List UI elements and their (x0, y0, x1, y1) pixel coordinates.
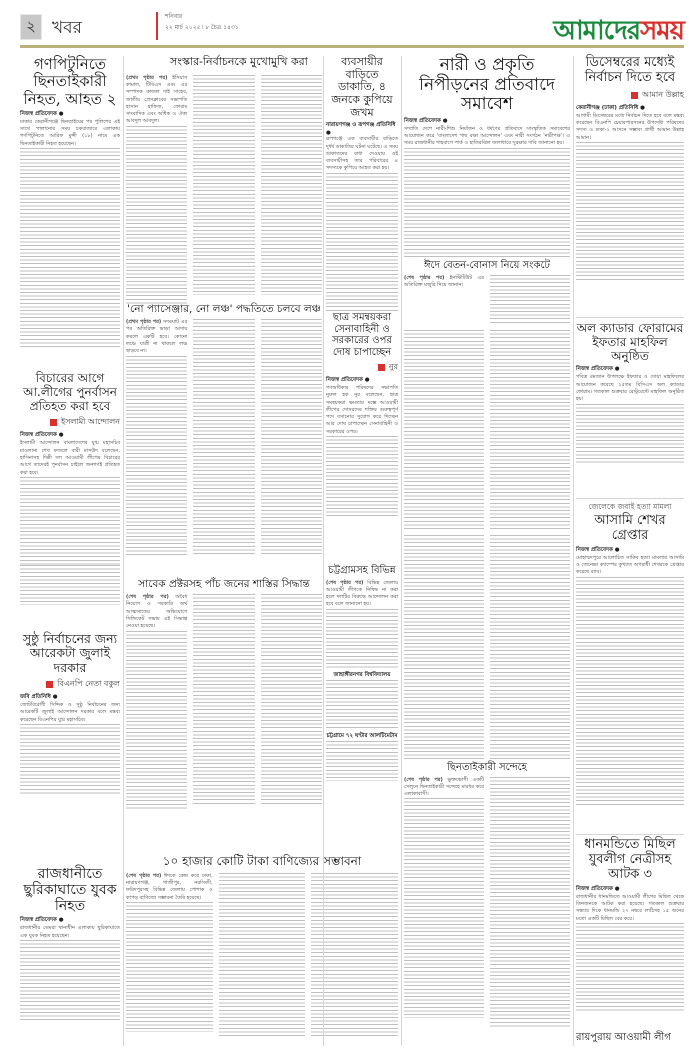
article-dhanmondi[interactable]: ধানমন্ডিতে মিছিল যুবলীগ নেত্রীসহ আটক ৩ ন… (576, 838, 684, 1028)
headline: নারী ও প্রকৃতি নিপীড়নের প্রতিবাদে সমাবে… (404, 56, 570, 115)
article-lead: রূপগঞ্জে এক ব্যবসায়ীর বাড়িতে দুর্ধর্ষ … (326, 136, 398, 172)
dateline: (শেষ পৃষ্ঠার পর) (126, 873, 161, 879)
headline: 'নো প্যাসেঞ্জার, নো লঞ্চ' পদ্ধতিতে চলবে … (126, 303, 322, 315)
article-lead: পবিত্র রমজান উপলক্ষে ইফতার ও দোয়া মাহফি… (576, 374, 684, 403)
headline: সংস্কার-নির্বাচনকে মুখোমুখি করা (126, 56, 322, 69)
article-bicharer-continued (20, 565, 120, 605)
headline: সুষ্ঠু নির্বাচনের জন্য আরেকটা জুলাই দরকা… (20, 632, 120, 675)
column-rule (123, 56, 124, 1046)
section-title: খবর (52, 15, 82, 43)
article-rajdhani[interactable]: রাজধানীতে ছুরিকাঘাতে যুবক নিহত নিজস্ব প্… (20, 866, 120, 1046)
headline: ১০ হাজার কোটি টাকা বাণিজ্যের সম্ভাবনা (126, 855, 398, 869)
red-square-icon (631, 92, 638, 99)
byline: ইসলামী আন্দোলন (20, 416, 120, 429)
byline: বিএনপি নেতা বকুল (20, 678, 120, 691)
byline: আমান উল্লাহ (576, 89, 684, 102)
dateline: (শেষ পৃষ্ঠার পর) (404, 275, 444, 281)
column-rule (573, 56, 574, 1046)
logo-part-2: সময় (640, 16, 684, 46)
article-nari[interactable]: নারী ও প্রকৃতি নিপীড়নের প্রতিবাদে সমাবে… (404, 56, 570, 256)
article-lead: ইসিয়াস কামাল, টিবিএস এবং এর সম্পাদক কাজ… (126, 75, 187, 125)
article-lead: রাজধানীর ডেমরা থানাধীন এলাকায় ছুরিকাঘাত… (20, 925, 120, 940)
article-all-cadre[interactable]: অল ক্যাডার ফোরামের ইফতার মাহফিল অনুষ্ঠিত… (576, 322, 684, 482)
article-rayerpura[interactable]: রায়পুরায় আওয়ামী লীগ (576, 1032, 684, 1048)
article-lead: জোটবিরোধী সিদ্দিক ও সুষ্ঠু নির্বাচনের জন… (20, 702, 120, 724)
column-rule (323, 56, 324, 1046)
byline: নুর (326, 361, 398, 374)
article-chhatro[interactable]: ছাত্র সমন্বয়করা সেনাবাহিনী ও সরকারের ওপ… (326, 312, 398, 552)
article-bicharer-age[interactable]: বিচারের আগে আ.লীগের পুনর্বাসন প্রতিহত কর… (20, 372, 120, 562)
article-asami-shekhor[interactable]: জেলেকে জবাই হত্যা মামলা আসামি শেখর গ্রেপ… (576, 502, 684, 832)
day-label: শনিবার (165, 12, 239, 22)
dateline: (শেষ পৃষ্ঠার পর) (126, 594, 169, 600)
article-songskar[interactable]: সংস্কার-নির্বাচনকে মুখোমুখি করা (প্রথম প… (126, 56, 322, 300)
article-sushtho[interactable]: সুষ্ঠু নির্বাচনের জন্য আরেকটা জুলাই দরকা… (20, 632, 120, 822)
article-baboshayi[interactable]: ব্যবসায়ীর বাড়িতে ডাকাতি, ৪ জনকে কুপিয়… (326, 56, 398, 296)
column-rule (401, 56, 402, 1046)
subhead: জাহাঙ্গীরনগর বিশ্ববিদ্যালয় (326, 672, 398, 680)
article-december[interactable]: ডিসেম্বরের মধ্যেই নির্বাচন দিতে হবে আমান… (576, 56, 684, 311)
headline: ঈদে বেতন-বোনাস নিয়ে সংকটে (404, 260, 570, 272)
dateline: (শেষ পৃষ্ঠার পর) (326, 580, 363, 586)
headline: ব্যবসায়ীর বাড়িতে ডাকাতি, ৪ জনকে কুপিয়… (326, 56, 398, 119)
article-eide-beton-continued (404, 330, 570, 530)
dateline: (শেষ পৃষ্ঠার পর) (404, 777, 443, 783)
row-rule (576, 834, 684, 835)
headline: ছাত্র সমন্বয়করা সেনাবাহিনী ও সরকারের ওপ… (326, 312, 398, 358)
headline: রায়পুরায় আওয়ামী লীগ (576, 1032, 684, 1044)
dateline: জবি প্রতিনিধি ● (20, 694, 120, 702)
dateline: নিজস্ব প্রতিবেদক ● (20, 111, 120, 119)
article-lead: রাজধানীর ধানমন্ডিতে আওয়ামী লীগের মিছিল … (576, 894, 684, 923)
article-middle-body (404, 535, 570, 760)
headline: রাজধানীতে ছুরিকাঘাতে যুবক নিহত (20, 866, 120, 914)
dateline: কেরানীগঞ্জ (ঢাকা) প্রতিনিধি ● (576, 105, 684, 113)
article-lead: ইসলামী আন্দোলন বাংলাদেশের যুগ্ম মহাসচিব … (20, 440, 120, 476)
red-square-icon (46, 681, 53, 688)
row-rule (576, 498, 684, 499)
masthead: ২ খবর শনিবার ২২ মার্চ ২০২৫ ৷ ৮ চৈত্র ১৪৩… (20, 8, 684, 44)
headline: বিচারের আগে আ.লীগের পুনর্বাসন প্রতিহত কর… (20, 372, 120, 413)
headline: ডিসেম্বরের মধ্যেই নির্বাচন দিতে হবে (576, 56, 684, 86)
logo-part-1: আমাদের (553, 16, 640, 46)
dateline: নিজস্ব প্রতিবেদক ● (404, 118, 570, 126)
date-block: শনিবার ২২ মার্চ ২০২৫ ৷ ৮ চৈত্র ১৪৩১ (156, 12, 239, 40)
headline: ধানমন্ডিতে মিছিল যুবলীগ নেত্রীসহ আটক ৩ (576, 838, 684, 883)
article-eide-beton[interactable]: ঈদে বেতন-বোনাস নিয়ে সংকটে (শেষ পৃষ্ঠার … (404, 260, 570, 330)
dateline: নিজস্ব প্রতিবেদক ● (326, 377, 398, 385)
dateline: নারায়ণগঞ্জ ও রূপগঞ্জ প্রতিনিধি ● (326, 122, 398, 136)
subhead: চট্টগ্রামে ৭২ ঘণ্টার আলটিমেটাম (326, 733, 398, 741)
article-chhintaikari-sondehe[interactable]: ছিনতাইকারী সন্দেহে (শেষ পৃষ্ঠার পর) ভুক্… (404, 762, 570, 1032)
article-lead: সম্প্রতি দেশে নারী-শিশু নির্যাতন ও ধর্ষণ… (404, 126, 570, 148)
dateline: নিজস্ব প্রতিবেদক ● (576, 547, 684, 555)
headline: ছিনতাইকারী সন্দেহে (404, 762, 570, 774)
article-no-passenger[interactable]: 'নো প্যাসেঞ্জার, নো লঞ্চ' পদ্ধতিতে চলবে … (126, 303, 322, 563)
headline: গণপিটুনিতে ছিনতাইকারী নিহত, আহত ২ (20, 56, 120, 108)
red-square-icon (50, 419, 57, 426)
article-doshhajar[interactable]: ১০ হাজার কোটি টাকা বাণিজ্যের সম্ভাবনা (শ… (126, 855, 398, 1045)
date-label: ২২ মার্চ ২০২৫ ৷ ৮ চৈত্র ১৪৩১ (165, 22, 239, 33)
page-number-badge: ২ (20, 14, 42, 40)
header-rule (20, 45, 684, 48)
article-gonopitunite[interactable]: গণপিটুনিতে ছিনতাইকারী নিহত, আহত ২ নিজস্ব… (20, 56, 120, 356)
dateline: (প্রথম পৃষ্ঠার পর) (126, 319, 161, 325)
headline: অল ক্যাডার ফোরামের ইফতার মাহফিল অনুষ্ঠিত (576, 322, 684, 363)
dateline: নিজস্ব প্রতিবেদক ● (576, 886, 684, 894)
headline: আসামি শেখর গ্রেপ্তার (576, 514, 684, 544)
article-chottogram[interactable]: চট্টগ্রামসহ বিভিন্ন (শেষ পৃষ্ঠার পর) বিভ… (326, 565, 398, 835)
article-sabek[interactable]: সাবেক প্রক্টরসহ পাঁচ জনের শাস্তির সিদ্ধা… (126, 578, 322, 813)
article-lead: গণঅধিকার পরিষদের সভাপতি নুরুল হক নুর বলে… (326, 385, 398, 436)
red-square-icon (378, 364, 385, 371)
dateline: (প্রথম পৃষ্ঠার পর) (126, 75, 167, 81)
headline: চট্টগ্রামসহ বিভিন্ন (326, 565, 398, 577)
row-rule (576, 317, 684, 318)
article-lead: ঢাকার কেরানীগঞ্জে ছিনতাইয়ের পর পুলিশের … (20, 119, 120, 148)
headline: সাবেক প্রক্টরসহ পাঁচ জনের শাস্তির সিদ্ধা… (126, 578, 322, 590)
article-lead: মোহাম্মদপুরে আলোচিত সাকিব হত্যা মামলার আ… (576, 555, 684, 577)
article-lead: আগামী ডিসেম্বরের মধ্যে নির্বাচন দিতে হবে… (576, 113, 684, 142)
